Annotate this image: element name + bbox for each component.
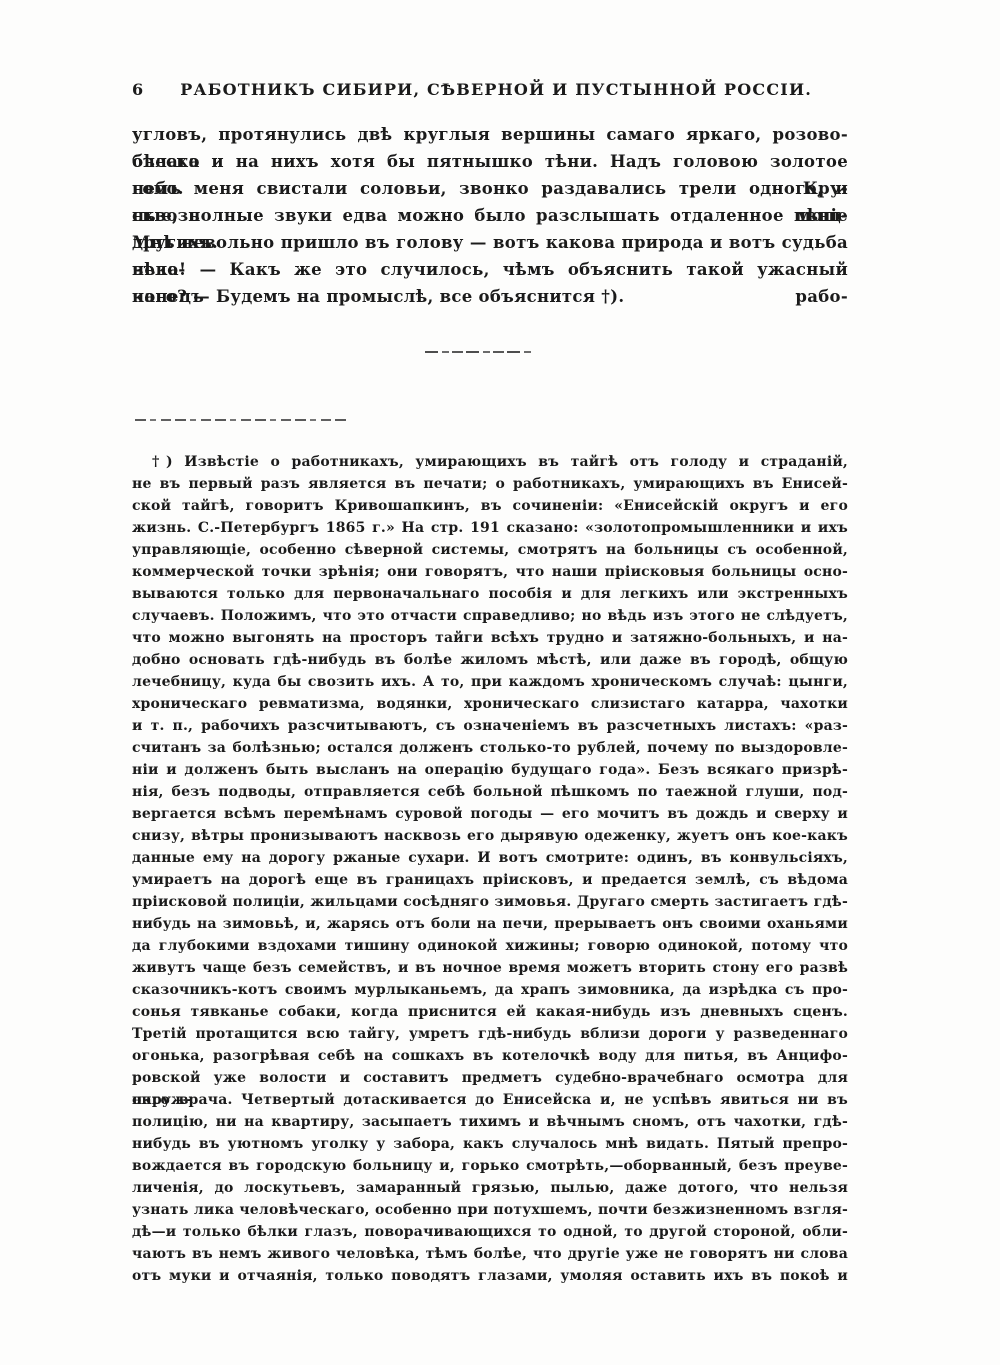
text-line: управляющіе, особенно сѣверной системы, …: [132, 539, 848, 561]
text-line: коммерческой точки зрѣнія; они говорятъ,…: [132, 561, 848, 583]
text-line: жизнь. С.-Петербургъ 1865 г.» На стр. 19…: [132, 517, 848, 539]
footnote-divider: [135, 419, 347, 421]
text-line: случаевъ. Положимъ, что это отчасти спра…: [132, 605, 848, 627]
text-line: пріисковой полиціи, жильцами сосѣдняго з…: [132, 891, 848, 913]
page-number: 6: [132, 80, 144, 99]
text-line: вываются только для первоначальнаго посо…: [132, 583, 848, 605]
text-line: данные ему на дорогу ржаные сухари. И во…: [132, 847, 848, 869]
text-line: Мнѣ невольно пришло въ голову — вотъ как…: [132, 229, 848, 256]
text-line: умираетъ на дорогѣ еще въ границахъ пріи…: [132, 869, 848, 891]
text-line: наго врача. Четвертый дотаскивается до Е…: [132, 1089, 848, 1111]
section-divider-center: [425, 351, 531, 353]
text-line: личенія, до лоскутьевъ, замаранный грязь…: [132, 1177, 848, 1199]
text-line: гомъ меня свистали соловьи, звонко разда…: [132, 175, 848, 202]
text-line: что можно выгонять на просторъ тайги всѣ…: [132, 627, 848, 649]
text-line: нибудь на зимовьѣ, и, жарясь отъ боли на…: [132, 913, 848, 935]
main-paragraph: угловъ, протянулись двѣ круглыя вершины …: [132, 121, 848, 310]
text-line: сонья тявканье собаки, когда приснится е…: [132, 1001, 848, 1023]
text-line: сказочникъ-котъ своимъ мурлыканьемъ, да …: [132, 979, 848, 1001]
text-line: да глубокими вздохами тишину одинокой хи…: [132, 935, 848, 957]
text-line: огонька, разогрѣвая себѣ на сошкахъ въ к…: [132, 1045, 848, 1067]
running-title: РАБОТНИКЪ СИБИРИ, СѢВЕРНОЙ И ПУСТЫННОЙ Р…: [144, 80, 848, 99]
text-line: нибудь въ уютномъ уголку у забора, какъ …: [132, 1133, 848, 1155]
text-line: снизу, вѣтры пронизываютъ насквозь его д…: [132, 825, 848, 847]
text-line: лечебницу, куда бы свозить ихъ. А то, пр…: [132, 671, 848, 693]
text-line: чаютъ въ немъ живого человѣка, тѣмъ болѣ…: [132, 1243, 848, 1265]
scanned-book-page: 6 РАБОТНИКЪ СИБИРИ, СѢВЕРНОЙ И ПУСТЫННОЙ…: [0, 0, 1000, 1365]
text-line: ровской уже волости и составитъ предметъ…: [132, 1067, 848, 1089]
text-line: ской тайгѣ, говоритъ Кривошапкинъ, въ со…: [132, 495, 848, 517]
text-line: полицію, ни на квартиру, засыпаетъ тихим…: [132, 1111, 848, 1133]
footnote-paragraph: †) Извѣстіе о работникахъ, умирающихъ въ…: [132, 451, 848, 1287]
text-line: добно основать гдѣ-нибудь въ болѣе жилом…: [132, 649, 848, 671]
text-line: отъ муки и отчаянія, только поводятъ гла…: [132, 1265, 848, 1287]
text-line: дѣ—и только бѣлки глазъ, поворачивающихс…: [132, 1221, 848, 1243]
text-line: ніи и долженъ быть высланъ на операцію б…: [132, 759, 848, 781]
running-head: 6 РАБОТНИКЪ СИБИРИ, СѢВЕРНОЙ И ПУСТЫННОЙ…: [132, 80, 848, 99]
text-line: Третій протащится всю тайгу, умретъ гдѣ-…: [132, 1023, 848, 1045]
text-line: †) Извѣстіе о работникахъ, умирающихъ въ…: [132, 451, 848, 473]
text-line: живутъ чаще безъ семействъ, и въ ночное …: [132, 957, 848, 979]
text-line: считанъ за болѣзнью; остался долженъ сто…: [132, 737, 848, 759]
text-line: блеска и на нихъ хотя бы пятнышко тѣни. …: [132, 148, 848, 175]
text-line: вѣка! — Какъ же это случилось, чѣмъ объя…: [132, 256, 848, 283]
text-line: хроническаго ревматизма, водянки, хронич…: [132, 693, 848, 715]
text-line: ные, полные звуки едва можно было разслы…: [132, 202, 848, 229]
text-line: вождается въ городскую больницу и, горьк…: [132, 1155, 848, 1177]
text-line: нія, безъ подводы, отправляется себѣ бол…: [132, 781, 848, 803]
text-line: угловъ, протянулись двѣ круглыя вершины …: [132, 121, 848, 148]
text-line: вергается всѣмъ перемѣнамъ суровой погод…: [132, 803, 848, 825]
text-line: и т. п., рабочихъ разсчитываютъ, съ озна…: [132, 715, 848, 737]
text-line: узнать лика человѣческаго, особенно при …: [132, 1199, 848, 1221]
text-line: не въ первый разъ является въ печати; о …: [132, 473, 848, 495]
